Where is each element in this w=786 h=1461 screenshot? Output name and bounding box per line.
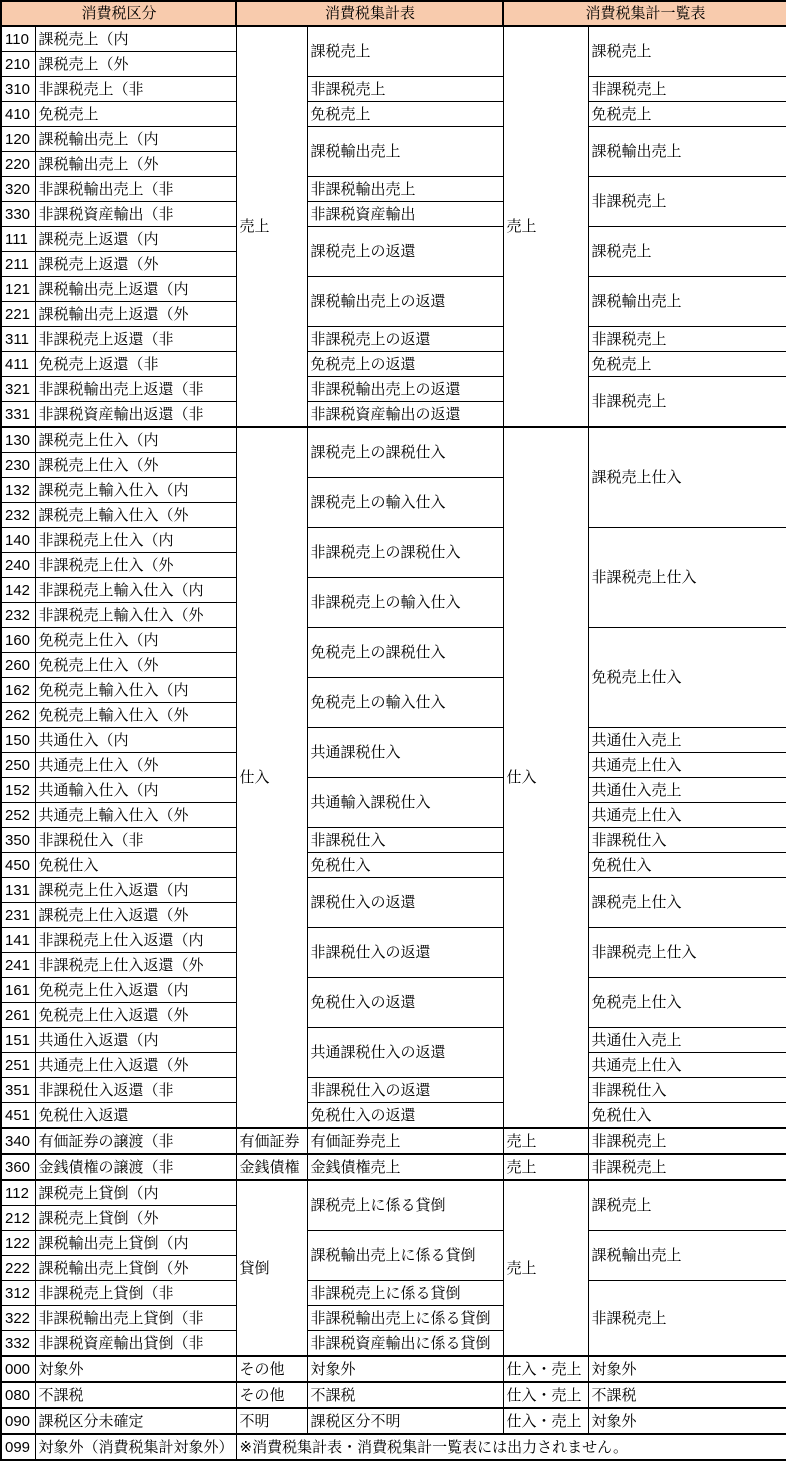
category-cell: 非課税資産輸出返還（非: [35, 402, 236, 428]
category-cell: 非課税売上貸倒（非: [35, 1281, 236, 1306]
category-cell: 共通売上仕入（外: [35, 753, 236, 778]
table-row: 152共通輸入仕入（内共通輸入課税仕入共通仕入売上: [1, 778, 786, 803]
code-cell: 450: [1, 853, 35, 878]
category-cell: 課税売上仕入返還（内: [35, 878, 236, 903]
category-cell: 課税輸出売上貸倒（外: [35, 1256, 236, 1281]
summary-cell: 金銭債権売上: [307, 1154, 503, 1180]
list-cell: 非課税売上: [588, 1281, 786, 1357]
code-cell: 141: [1, 928, 35, 953]
category-cell: 非課税資産輸出（非: [35, 202, 236, 227]
category-cell: 課税売上（外: [35, 52, 236, 77]
consumption-tax-mapping-page: 消費税区分 消費税集計表 消費税集計一覧表 110課税売上（内売上課税売上売上課…: [0, 0, 786, 1461]
category-cell: 対象外（消費税集計対象外）: [35, 1434, 236, 1460]
table-row: 310非課税売上（非非課税売上非課税売上: [1, 77, 786, 102]
list-cell: 免税売上: [588, 102, 786, 127]
code-cell: 330: [1, 202, 35, 227]
table-row: 450免税仕入免税仕入免税仕入: [1, 853, 786, 878]
list-cell: 免税売上: [588, 352, 786, 377]
summary-cell: 課税輸出売上: [307, 127, 503, 177]
table-row: 099対象外（消費税集計対象外）※消費税集計表・消費税集計一覧表には出力されませ…: [1, 1434, 786, 1460]
category-cell: 非課税売上輸入仕入（外: [35, 603, 236, 628]
code-cell: 252: [1, 803, 35, 828]
category-cell: 免税仕入: [35, 853, 236, 878]
table-row: 120課税輸出売上（内課税輸出売上課税輸出売上: [1, 127, 786, 152]
code-cell: 161: [1, 978, 35, 1003]
table-row: 320非課税輸出売上（非非課税輸出売上非課税売上: [1, 177, 786, 202]
list-cell: 免税仕入: [588, 1103, 786, 1129]
code-cell: 230: [1, 453, 35, 478]
category-cell: 免税仕入返還: [35, 1103, 236, 1129]
list-cell: 非課税売上: [588, 77, 786, 102]
table-row: 000対象外その他対象外仕入・売上対象外: [1, 1356, 786, 1382]
table-row: 110課税売上（内売上課税売上売上課税売上: [1, 26, 786, 52]
list-group-cell: 仕入: [503, 427, 588, 1128]
summary-group-cell: 不明: [236, 1408, 307, 1434]
code-cell: 212: [1, 1206, 35, 1231]
summary-group-cell: その他: [236, 1356, 307, 1382]
code-cell: 210: [1, 52, 35, 77]
category-cell: 非課税仕入（非: [35, 828, 236, 853]
category-cell: 有価証券の譲渡（非: [35, 1128, 236, 1154]
code-cell: 310: [1, 77, 35, 102]
list-group-cell: 仕入・売上: [503, 1382, 588, 1408]
code-cell: 240: [1, 553, 35, 578]
tax-table-body: 110課税売上（内売上課税売上売上課税売上210課税売上（外310非課税売上（非…: [1, 26, 786, 1460]
code-cell: 232: [1, 603, 35, 628]
summary-cell: 課税仕入の返還: [307, 878, 503, 928]
list-cell: 課税売上仕入: [588, 427, 786, 528]
list-cell: 課税売上: [588, 1180, 786, 1231]
code-cell: 321: [1, 377, 35, 402]
header-tax-category: 消費税区分: [1, 1, 236, 26]
code-cell: 332: [1, 1331, 35, 1357]
code-cell: 411: [1, 352, 35, 377]
code-cell: 099: [1, 1434, 35, 1460]
code-cell: 090: [1, 1408, 35, 1434]
summary-cell: 非課税売上の輸入仕入: [307, 578, 503, 628]
category-cell: 共通仕入返還（内: [35, 1028, 236, 1053]
table-row: 451免税仕入返還免税仕入の返還免税仕入: [1, 1103, 786, 1129]
category-cell: 課税売上（内: [35, 26, 236, 52]
summary-cell: 共通輸入課税仕入: [307, 778, 503, 828]
table-header: 消費税区分 消費税集計表 消費税集計一覧表: [1, 1, 786, 26]
summary-cell: 非課税売上に係る貸倒: [307, 1281, 503, 1306]
code-cell: 112: [1, 1180, 35, 1206]
category-cell: 非課税売上返還（非: [35, 327, 236, 352]
category-cell: 課税区分未確定: [35, 1408, 236, 1434]
list-cell: 課税売上: [588, 227, 786, 277]
consumption-tax-mapping-table: 消費税区分 消費税集計表 消費税集計一覧表 110課税売上（内売上課税売上売上課…: [0, 0, 786, 1461]
category-cell: 非課税売上（非: [35, 77, 236, 102]
code-cell: 152: [1, 778, 35, 803]
category-cell: 課税売上返還（内: [35, 227, 236, 252]
category-cell: 免税売上仕入返還（外: [35, 1003, 236, 1028]
list-cell: 課税輸出売上: [588, 1231, 786, 1281]
code-cell: 220: [1, 152, 35, 177]
list-group-cell: 売上: [503, 1180, 588, 1356]
table-row: 150共通仕入（内共通課税仕入共通仕入売上: [1, 728, 786, 753]
list-cell: 課税売上仕入: [588, 878, 786, 928]
summary-cell: 免税売上: [307, 102, 503, 127]
category-cell: 課税売上貸倒（外: [35, 1206, 236, 1231]
table-row: 312非課税売上貸倒（非非課税売上に係る貸倒非課税売上: [1, 1281, 786, 1306]
summary-cell: 課税売上の課税仕入: [307, 427, 503, 478]
list-cell: 共通売上仕入: [588, 1053, 786, 1078]
header-tax-summary-list: 消費税集計一覧表: [503, 1, 786, 26]
list-cell: 非課税売上仕入: [588, 528, 786, 628]
category-cell: 非課税売上仕入（外: [35, 553, 236, 578]
category-cell: 免税売上輸入仕入（外: [35, 703, 236, 728]
category-cell: 課税売上仕入（外: [35, 453, 236, 478]
list-cell: 共通売上仕入: [588, 753, 786, 778]
code-cell: 120: [1, 127, 35, 152]
code-cell: 080: [1, 1382, 35, 1408]
list-cell: 対象外: [588, 1356, 786, 1382]
summary-cell: 免税仕入の返還: [307, 978, 503, 1028]
code-cell: 110: [1, 26, 35, 52]
category-cell: 対象外: [35, 1356, 236, 1382]
table-row: 411免税売上返還（非免税売上の返還免税売上: [1, 352, 786, 377]
code-cell: 312: [1, 1281, 35, 1306]
summary-group-cell: 売上: [236, 26, 307, 427]
summary-group-cell: 金銭債権: [236, 1154, 307, 1180]
table-row: 161免税売上仕入返還（内免税仕入の返還免税売上仕入: [1, 978, 786, 1003]
list-cell: 非課税売上: [588, 177, 786, 227]
category-cell: 共通売上輸入仕入（外: [35, 803, 236, 828]
code-cell: 130: [1, 427, 35, 453]
summary-cell: 非課税仕入: [307, 828, 503, 853]
summary-cell: 免税売上の課税仕入: [307, 628, 503, 678]
summary-cell: 非課税売上: [307, 77, 503, 102]
list-group-cell: 売上: [503, 26, 588, 427]
code-cell: 232: [1, 503, 35, 528]
summary-cell: 非課税仕入の返還: [307, 928, 503, 978]
code-cell: 262: [1, 703, 35, 728]
category-cell: 不課税: [35, 1382, 236, 1408]
summary-cell: 課税輸出売上の返還: [307, 277, 503, 327]
code-cell: 000: [1, 1356, 35, 1382]
category-cell: 共通仕入（内: [35, 728, 236, 753]
table-row: 122課税輸出売上貸倒（内課税輸出売上に係る貸倒課税輸出売上: [1, 1231, 786, 1256]
table-row: 350非課税仕入（非非課税仕入非課税仕入: [1, 828, 786, 853]
table-row: 410免税売上免税売上免税売上: [1, 102, 786, 127]
summary-cell: 免税売上の返還: [307, 352, 503, 377]
list-cell: 課税売上: [588, 26, 786, 77]
table-row: 130課税売上仕入（内仕入課税売上の課税仕入仕入課税売上仕入: [1, 427, 786, 453]
code-cell: 322: [1, 1306, 35, 1331]
category-cell: 非課税資産輸出貸倒（非: [35, 1331, 236, 1357]
category-cell: 共通売上仕入返還（外: [35, 1053, 236, 1078]
category-cell: 課税輸出売上返還（内: [35, 277, 236, 302]
summary-cell: 課税売上に係る貸倒: [307, 1180, 503, 1231]
category-cell: 課税売上仕入（内: [35, 427, 236, 453]
table-row: 340有価証券の譲渡（非有価証券有価証券売上売上非課税売上: [1, 1128, 786, 1154]
category-cell: 課税売上輸入仕入（外: [35, 503, 236, 528]
list-cell: 非課税売上仕入: [588, 928, 786, 978]
summary-cell: 免税仕入の返還: [307, 1103, 503, 1129]
code-cell: 150: [1, 728, 35, 753]
summary-group-cell: 有価証券: [236, 1128, 307, 1154]
table-row: 131課税売上仕入返還（内課税仕入の返還課税売上仕入: [1, 878, 786, 903]
code-cell: 251: [1, 1053, 35, 1078]
table-row: 090課税区分未確定不明課税区分不明仕入・売上対象外: [1, 1408, 786, 1434]
summary-cell: 免税売上の輸入仕入: [307, 678, 503, 728]
table-row: 141非課税売上仕入返還（内非課税仕入の返還非課税売上仕入: [1, 928, 786, 953]
summary-cell: 課税輸出売上に係る貸倒: [307, 1231, 503, 1281]
summary-cell: 対象外: [307, 1356, 503, 1382]
code-cell: 111: [1, 227, 35, 252]
code-cell: 122: [1, 1231, 35, 1256]
category-cell: 免税売上: [35, 102, 236, 127]
code-cell: 121: [1, 277, 35, 302]
category-cell: 免税売上輸入仕入（内: [35, 678, 236, 703]
category-cell: 課税売上輸入仕入（内: [35, 478, 236, 503]
summary-group-cell: 貸倒: [236, 1180, 307, 1356]
summary-cell: 非課税資産輸出に係る貸倒: [307, 1331, 503, 1357]
code-cell: 231: [1, 903, 35, 928]
code-cell: 451: [1, 1103, 35, 1129]
code-cell: 241: [1, 953, 35, 978]
table-row: 111課税売上返還（内課税売上の返還課税売上: [1, 227, 786, 252]
category-cell: 共通輸入仕入（内: [35, 778, 236, 803]
summary-group-cell: その他: [236, 1382, 307, 1408]
category-cell: 非課税仕入返還（非: [35, 1078, 236, 1103]
list-cell: 共通仕入売上: [588, 728, 786, 753]
code-cell: 222: [1, 1256, 35, 1281]
header-row: 消費税区分 消費税集計表 消費税集計一覧表: [1, 1, 786, 26]
category-cell: 免税売上仕入返還（内: [35, 978, 236, 1003]
summary-cell: 非課税仕入の返還: [307, 1078, 503, 1103]
list-cell: 免税仕入: [588, 853, 786, 878]
category-cell: 非課税売上仕入返還（内: [35, 928, 236, 953]
summary-cell: 非課税売上の返還: [307, 327, 503, 352]
summary-cell: 共通課税仕入の返還: [307, 1028, 503, 1078]
code-cell: 311: [1, 327, 35, 352]
table-row: 321非課税輸出売上返還（非非課税輸出売上の返還非課税売上: [1, 377, 786, 402]
summary-cell: 非課税輸出売上に係る貸倒: [307, 1306, 503, 1331]
table-row: 160免税売上仕入（内免税売上の課税仕入免税売上仕入: [1, 628, 786, 653]
code-cell: 260: [1, 653, 35, 678]
code-cell: 261: [1, 1003, 35, 1028]
table-row: 140非課税売上仕入（内非課税売上の課税仕入非課税売上仕入: [1, 528, 786, 553]
category-cell: 課税売上返還（外: [35, 252, 236, 277]
list-cell: 対象外: [588, 1408, 786, 1434]
code-cell: 140: [1, 528, 35, 553]
code-cell: 410: [1, 102, 35, 127]
summary-cell: 課税売上の輸入仕入: [307, 478, 503, 528]
list-group-cell: 仕入・売上: [503, 1408, 588, 1434]
category-cell: 非課税輸出売上返還（非: [35, 377, 236, 402]
category-cell: 課税輸出売上貸倒（内: [35, 1231, 236, 1256]
category-cell: 非課税売上輸入仕入（内: [35, 578, 236, 603]
table-row: 151共通仕入返還（内共通課税仕入の返還共通仕入売上: [1, 1028, 786, 1053]
table-row: 121課税輸出売上返還（内課税輸出売上の返還課税輸出売上: [1, 277, 786, 302]
category-cell: 課税輸出売上（内: [35, 127, 236, 152]
category-cell: 非課税輸出売上貸倒（非: [35, 1306, 236, 1331]
list-cell: 免税売上仕入: [588, 978, 786, 1028]
code-cell: 160: [1, 628, 35, 653]
code-cell: 351: [1, 1078, 35, 1103]
category-cell: 課税輸出売上返還（外: [35, 302, 236, 327]
summary-cell: 非課税資産輸出: [307, 202, 503, 227]
code-cell: 320: [1, 177, 35, 202]
list-cell: 共通仕入売上: [588, 778, 786, 803]
code-cell: 350: [1, 828, 35, 853]
table-row: 360金銭債権の譲渡（非金銭債権金銭債権売上売上非課税売上: [1, 1154, 786, 1180]
category-cell: 非課税売上仕入返還（外: [35, 953, 236, 978]
summary-cell: 不課税: [307, 1382, 503, 1408]
list-cell: 非課税売上: [588, 1154, 786, 1180]
list-cell: 非課税売上: [588, 377, 786, 428]
summary-cell: 課税売上: [307, 26, 503, 77]
code-cell: 250: [1, 753, 35, 778]
category-cell: 非課税売上仕入（内: [35, 528, 236, 553]
list-cell: 共通売上仕入: [588, 803, 786, 828]
list-cell: 共通仕入売上: [588, 1028, 786, 1053]
summary-cell: 非課税輸出売上の返還: [307, 377, 503, 402]
category-cell: 課税売上貸倒（内: [35, 1180, 236, 1206]
list-group-cell: 仕入・売上: [503, 1356, 588, 1382]
summary-cell: 課税売上の返還: [307, 227, 503, 277]
list-cell: 非課税仕入: [588, 828, 786, 853]
summary-cell: 共通課税仕入: [307, 728, 503, 778]
list-cell: 課税輸出売上: [588, 127, 786, 177]
category-cell: 金銭債権の譲渡（非: [35, 1154, 236, 1180]
header-tax-summary-sheet: 消費税集計表: [236, 1, 503, 26]
code-cell: 221: [1, 302, 35, 327]
list-group-cell: 売上: [503, 1154, 588, 1180]
table-row: 112課税売上貸倒（内貸倒課税売上に係る貸倒売上課税売上: [1, 1180, 786, 1206]
summary-cell: 非課税売上の課税仕入: [307, 528, 503, 578]
code-cell: 142: [1, 578, 35, 603]
code-cell: 331: [1, 402, 35, 428]
code-cell: 132: [1, 478, 35, 503]
table-row: 080不課税その他不課税仕入・売上不課税: [1, 1382, 786, 1408]
list-cell: 課税輸出売上: [588, 277, 786, 327]
summary-cell: 非課税輸出売上: [307, 177, 503, 202]
code-cell: 131: [1, 878, 35, 903]
table-row: 311非課税売上返還（非非課税売上の返還非課税売上: [1, 327, 786, 352]
code-cell: 340: [1, 1128, 35, 1154]
category-cell: 課税輸出売上（外: [35, 152, 236, 177]
summary-cell: 有価証券売上: [307, 1128, 503, 1154]
summary-cell: 課税区分不明: [307, 1408, 503, 1434]
list-cell: 不課税: [588, 1382, 786, 1408]
table-row: 351非課税仕入返還（非非課税仕入の返還非課税仕入: [1, 1078, 786, 1103]
list-group-cell: 売上: [503, 1128, 588, 1154]
list-cell: 非課税売上: [588, 1128, 786, 1154]
category-cell: 免税売上仕入（外: [35, 653, 236, 678]
summary-cell: 免税仕入: [307, 853, 503, 878]
category-cell: 課税売上仕入返還（外: [35, 903, 236, 928]
category-cell: 非課税輸出売上（非: [35, 177, 236, 202]
note-cell: ※消費税集計表・消費税集計一覧表には出力されません。: [236, 1434, 786, 1460]
category-cell: 免税売上返還（非: [35, 352, 236, 377]
code-cell: 360: [1, 1154, 35, 1180]
summary-cell: 非課税資産輸出の返還: [307, 402, 503, 428]
list-cell: 非課税売上: [588, 327, 786, 352]
code-cell: 162: [1, 678, 35, 703]
code-cell: 151: [1, 1028, 35, 1053]
code-cell: 211: [1, 252, 35, 277]
summary-group-cell: 仕入: [236, 427, 307, 1128]
list-cell: 免税売上仕入: [588, 628, 786, 728]
category-cell: 免税売上仕入（内: [35, 628, 236, 653]
list-cell: 非課税仕入: [588, 1078, 786, 1103]
